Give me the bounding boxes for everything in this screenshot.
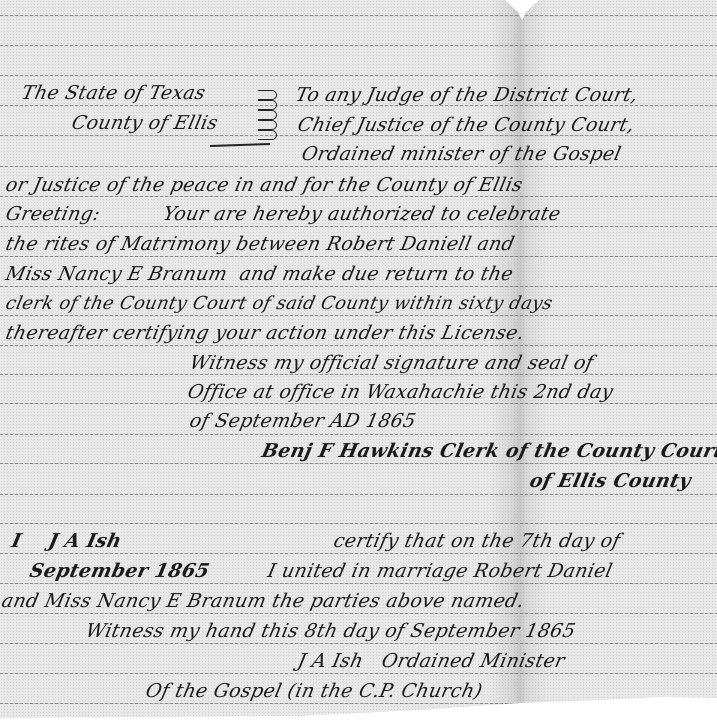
address-line-4: or Justice of the peace in and for the C… <box>4 174 525 196</box>
ruled-line <box>0 75 717 76</box>
ruled-line <box>0 374 717 375</box>
paper-tear-top <box>505 0 539 20</box>
return-officiant: I J A Ish <box>10 530 124 552</box>
minister-signature: J A Ish Ordained Minister <box>296 650 567 672</box>
ruled-line <box>0 226 717 227</box>
ruled-line <box>0 583 717 584</box>
ruled-line <box>0 434 717 435</box>
ruled-line <box>0 463 717 464</box>
ruled-line <box>0 196 717 197</box>
ruled-line <box>0 643 717 644</box>
ruled-line <box>0 166 717 167</box>
attestation-line-1: Witness my official signature and seal o… <box>188 352 596 374</box>
body-line-2: the rites of Matrimony between Robert Da… <box>4 233 517 255</box>
ruled-line <box>0 494 717 495</box>
return-line-2: I united in marriage Robert Daniel <box>266 560 615 582</box>
body-line-4: clerk of the County Court of said County… <box>4 293 555 314</box>
attestation-line-2: Office at office in Waxahachie this 2nd … <box>186 381 616 403</box>
body-line-5: thereafter certifying your action under … <box>4 322 527 344</box>
return-line-4: Witness my hand this 8th day of Septembe… <box>84 620 578 642</box>
ruled-line <box>0 286 717 287</box>
return-line-1: certify that on the 7th day of <box>332 530 623 552</box>
minister-church: Of the Gospel (in the C.P. Church) <box>144 680 485 702</box>
clerk-signature: Benj F Hawkins Clerk of the County Court <box>260 440 717 462</box>
attestation-line-3: of September AD 1865 <box>188 410 418 432</box>
address-line-2: Chief Justice of the County Court, <box>296 114 637 136</box>
clerk-county: of Ellis County <box>528 470 693 492</box>
return-date: September 1865 <box>28 560 212 582</box>
state-heading: The State of Texas <box>20 82 208 104</box>
ruled-line <box>0 553 717 554</box>
document-scan: The State of Texas County of Ellis To an… <box>0 0 717 722</box>
ruled-line <box>0 15 717 16</box>
ruled-line <box>0 345 717 346</box>
ruled-line <box>0 673 717 674</box>
return-line-3: and Miss Nancy E Branum the parties abov… <box>0 590 526 612</box>
county-heading: County of Ellis <box>70 112 220 134</box>
address-line-3: Ordained minister of the Gospel <box>300 143 624 165</box>
body-line-3: Miss Nancy E Branum and make due return … <box>4 263 516 285</box>
ruled-line <box>0 256 717 257</box>
ruled-line <box>0 315 717 316</box>
ruled-line <box>0 45 717 46</box>
address-line-1: To any Judge of the District Court, <box>294 84 640 106</box>
ruled-line <box>0 613 717 614</box>
ruled-line <box>0 403 717 404</box>
body-line-1: Greeting: Your are hereby authorized to … <box>4 203 563 225</box>
ruled-line <box>0 523 717 524</box>
